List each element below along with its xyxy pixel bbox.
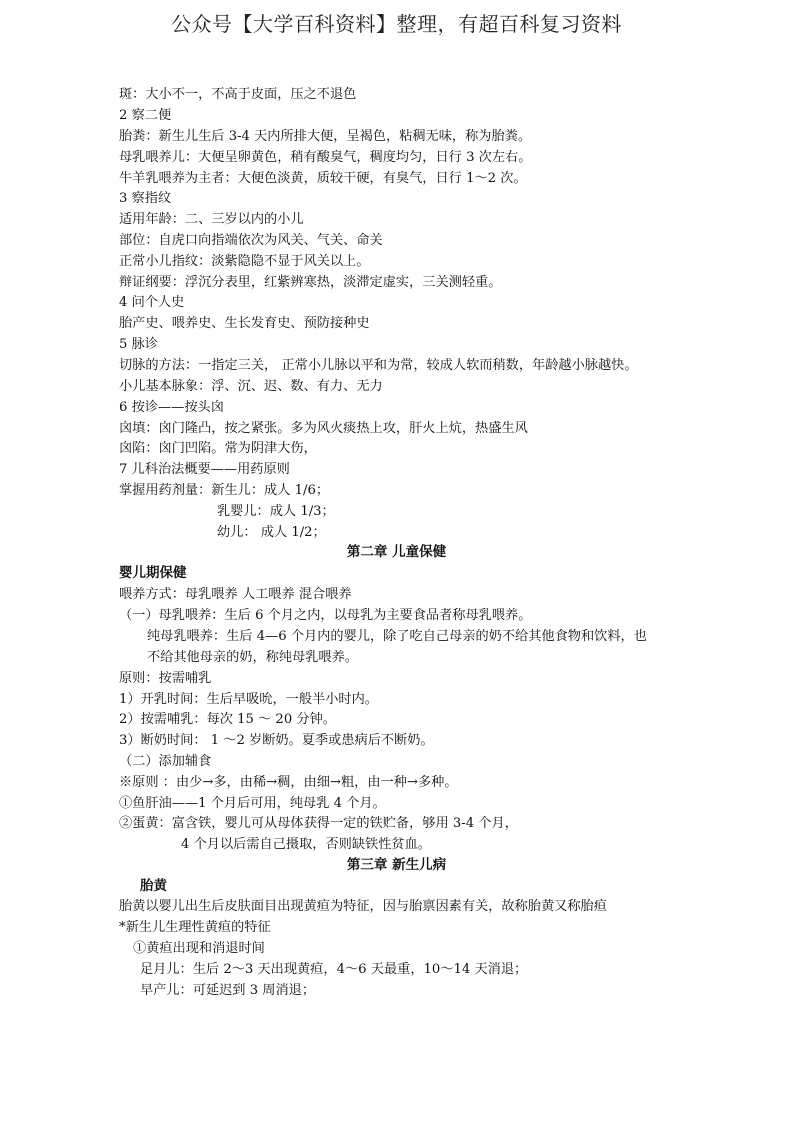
text-line: 足月儿：生后 2～3 天出现黄疸，4～6 天最重，10～14 天消退；	[140, 959, 527, 980]
text-line: 幼儿： 成人 1/2；	[217, 522, 326, 543]
text-line: ①黄疸出现和消退时间	[133, 938, 265, 959]
text-line: 4 个月以后需自己摄取，否则缺铁性贫血。	[181, 834, 431, 855]
text-line: （二）添加辅食	[119, 751, 211, 772]
text-line: 1）开乳时间：生后早吸吮，一般半小时内。	[119, 689, 378, 710]
text-line: 掌握用药剂量：新生儿：成人 1/6；	[119, 480, 329, 501]
text-line: 部位：自虎口向指端依次为风关、气关、命关	[119, 230, 383, 251]
text-line: 3）断奶时间： 1 ～2 岁断奶。夏季或患病后不断奶。	[119, 730, 434, 751]
section-heading: 婴儿期保健	[119, 563, 187, 584]
text-line: 斑：大小不一，不高于皮面，压之不退色	[119, 84, 356, 105]
text-line: 4 问个人史	[119, 292, 184, 313]
text-line: 2）按需哺乳：每次 15 ～ 20 分钟。	[119, 709, 336, 730]
text-line: 原则：按需哺乳	[119, 668, 211, 689]
text-line: 胎粪：新生儿生后 3-4 天内所排大便，呈褐色，粘稠无味，称为胎粪。	[119, 126, 531, 147]
text-line: 切脉的方法：一指定三关， 正常小儿脉以平和为常，较成人软而稍数，年龄越小脉越快。	[119, 355, 638, 376]
section-heading: 胎黄	[140, 876, 167, 897]
chapter-heading: 第三章 新生儿病	[0, 855, 793, 876]
text-line: 适用年龄：二、三岁以内的小儿	[119, 209, 304, 230]
text-line: ②蛋黄：富含铁，婴儿可从母体获得一定的铁贮备，够用 3-4 个月，	[119, 813, 518, 834]
chapter-heading: 第二章 儿童保健	[0, 542, 793, 563]
text-line: 不给其他母亲的奶，称纯母乳喂养。	[147, 647, 358, 668]
text-line: （一）母乳喂养：生后 6 个月之内，以母乳为主要食品者称母乳喂养。	[119, 605, 531, 626]
text-line: 纯母乳喂养：生后 4—6 个月内的婴儿，除了吃自己母亲的奶不给其他食物和饮料，也	[147, 626, 647, 647]
text-line: 喂养方式：母乳喂养 人工喂养 混合喂养	[119, 584, 352, 605]
text-line: 5 脉诊	[119, 334, 158, 355]
page-header-watermark: 公众号【大学百科资料】整理，有超百科复习资料	[0, 8, 793, 37]
text-line: 早产儿：可延迟到 3 周消退；	[140, 980, 315, 1001]
text-line: 7 儿科治法概要——用药原则	[119, 459, 290, 480]
text-line: 小儿基本脉象：浮、沉、迟、数、有力、无力	[119, 376, 383, 397]
text-line: ①鱼肝油——1 个月后可用，纯母乳 4 个月。	[119, 793, 386, 814]
text-line: 囟填：囟门隆凸，按之紧张。多为风火痰热上攻，肝火上炕，热盛生风	[119, 418, 528, 439]
text-line: *新生儿生理性黄疸的特征	[119, 917, 271, 938]
text-line: 乳婴儿：成人 1/3；	[217, 501, 335, 522]
text-line: 胎产史、喂养史、生长发育史、预防接种史	[119, 313, 370, 334]
text-line: 正常小儿指纹：淡紫隐隐不显于风关以上。	[119, 251, 370, 272]
text-line: 母乳喂养儿：大便呈卵黄色，稍有酸臭气，稠度均匀，日行 3 次左右。	[119, 147, 531, 168]
text-line: 3 察指纹	[119, 188, 171, 209]
text-line: ※原则 ：由少→多，由稀→稠，由细→粗，由一种→多种。	[119, 772, 458, 793]
text-line: 2 察二便	[119, 105, 171, 126]
text-line: 6 按诊——按头囟	[119, 397, 224, 418]
text-line: 牛羊乳喂养为主者：大便色淡黄，质较干硬，有臭气，日行 1～2 次。	[119, 168, 527, 189]
text-line: 辩证纲要：浮沉分表里，红紫辨寒热，淡滞定虚实，三关测轻重。	[119, 272, 501, 293]
text-line: 胎黄以婴儿出生后皮肤面目出现黄疸为特征，因与胎禀因素有关，故称胎黄又称胎疸	[119, 896, 607, 917]
text-line: 囟陷：囟门凹陷。常为阴津大伤，	[119, 438, 317, 459]
